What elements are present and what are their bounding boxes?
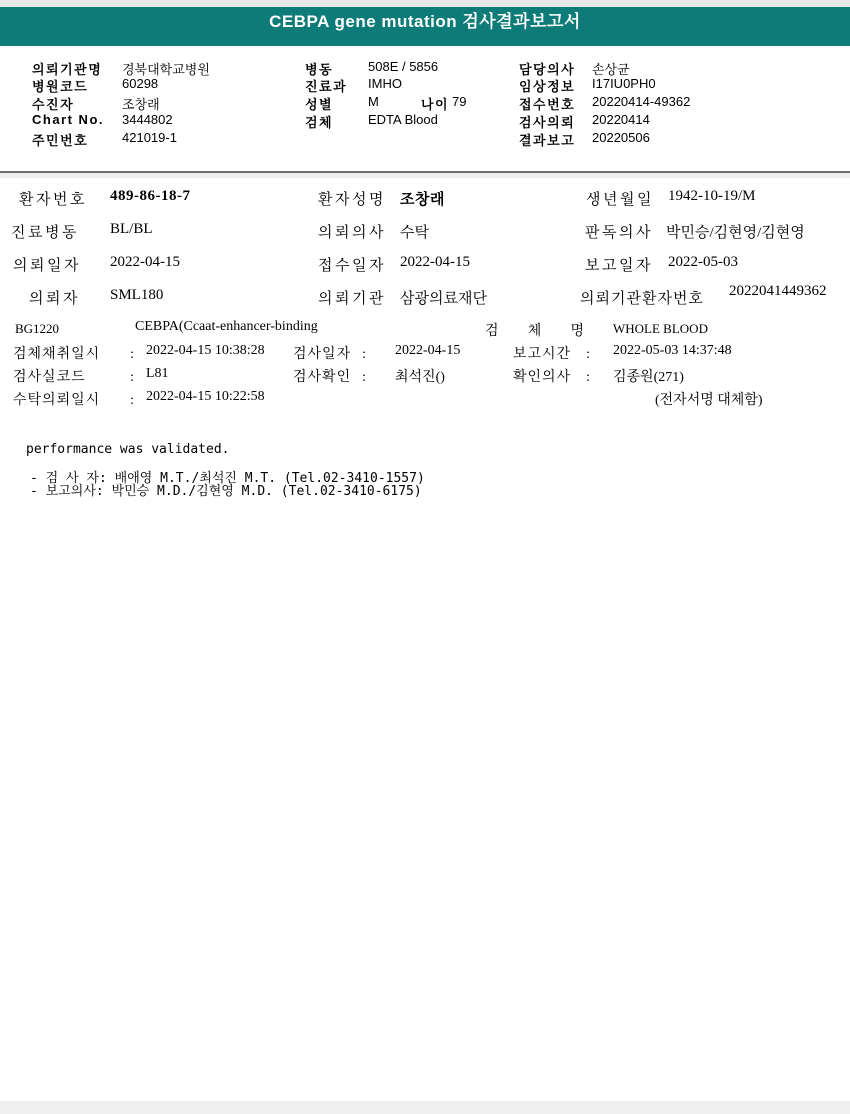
care-ward-value: BL/BL [110, 221, 153, 238]
test-date-label: 검사일자 : [293, 343, 367, 363]
report-page: CEBPA gene mutation 검사결과보고서 의뢰기관명 경북대학교병… [0, 0, 850, 1114]
report-day-value: 2022-05-03 [668, 254, 738, 271]
clinical-info-value: I17IU0PH0 [592, 76, 656, 91]
specimen-name-value: WHOLE BLOOD [613, 321, 708, 337]
collect-label: 검체채취일시 : [13, 343, 135, 363]
chart-no-value: 3444802 [122, 112, 173, 127]
receipt-no-label: 접수번호 [519, 94, 575, 113]
test-confirm-label: 검사확인 : [293, 366, 367, 386]
department-value: IMHO [368, 76, 402, 91]
report-title: CEBPA gene mutation 검사결과보고서 [0, 7, 850, 32]
resident-no-label: 주민번호 [32, 130, 88, 149]
request-date-value: 2022-04-15 [110, 254, 180, 271]
collect-value: 2022-04-15 10:38:28 [146, 343, 265, 359]
specimen-value: EDTA Blood [368, 112, 438, 127]
receipt-no-value: 20220414-49362 [592, 94, 690, 109]
hospital-code-label: 병원코드 [32, 76, 88, 95]
receipt-date-value: 2022-04-15 [400, 254, 470, 271]
examinee-label: 수진자 [32, 94, 74, 113]
ref-doctor-value: 수탁 [400, 221, 429, 242]
care-ward-label: 진료병동 [11, 221, 79, 242]
confirm-doctor-label: 확인의사 : [513, 366, 591, 386]
lab-code-label: 검사실코드 : [13, 366, 135, 386]
test-name: CEBPA(Ccaat-enhancer-binding [135, 319, 318, 335]
report-title-bar: CEBPA gene mutation 검사결과보고서 [0, 7, 850, 46]
test-date-value: 2022-04-15 [395, 343, 460, 359]
consign-value: 2022-04-15 10:22:58 [146, 389, 265, 405]
specimen-label: 검체 [305, 112, 333, 131]
patient-name-label: 환자성명 [318, 188, 386, 209]
report-date-label: 결과보고 [519, 130, 575, 149]
patient-name-value: 조창래 [400, 188, 445, 209]
test-confirm-value: 최석진() [395, 366, 445, 386]
report-date-value: 20220506 [592, 130, 650, 145]
request-date-label: 의뢰일자 [13, 254, 81, 275]
ref-doctor-label: 의뢰의사 [318, 221, 386, 242]
ref-org-label: 의뢰기관 [318, 287, 386, 308]
lab-code-value: L81 [146, 366, 169, 382]
requester-label: 의뢰자 [29, 287, 80, 308]
report-day-label: 보고일자 [585, 254, 653, 275]
department-label: 진료과 [305, 76, 347, 95]
birth-label: 생년월일 [586, 188, 654, 209]
confirm-doctor-value: 김종원(271) [613, 366, 684, 386]
order-date-value: 20220414 [592, 112, 650, 127]
validation-note: performance was validated. [26, 442, 230, 457]
patient-no-value: 489-86-18-7 [110, 188, 191, 205]
ref-org-patient-no-label: 의뢰기관환자번호 [580, 287, 704, 308]
test-code: BG1220 [15, 321, 59, 337]
reporter-note: - 보고의사: 박민승 M.D./김현영 M.D. (Tel.02-3410-6… [30, 480, 422, 499]
report-time-label: 보고시간 : [513, 343, 591, 363]
hospital-code-value: 60298 [122, 76, 158, 91]
age-value: 79 [452, 94, 466, 109]
receipt-date-label: 접수일자 [318, 254, 386, 275]
reading-doctor-value: 박민승/김현영/김현영 [666, 221, 805, 242]
specimen-name-label: 검 체 명 [485, 320, 585, 340]
examinee-value: 조창래 [122, 94, 160, 113]
report-time-value: 2022-05-03 14:37:48 [613, 343, 732, 359]
reading-doctor-label: 판독의사 [585, 221, 653, 242]
resident-no-value: 421019-1 [122, 130, 177, 145]
ref-org-value: 삼광의료재단 [400, 287, 487, 308]
section-divider-shadow [0, 173, 850, 178]
clinical-info-label: 임상정보 [519, 76, 575, 95]
age-label: 나이 [421, 94, 449, 113]
esign-note: (전자서명 대체함) [655, 389, 763, 409]
top-strip [0, 0, 850, 7]
sex-value: M [368, 94, 379, 109]
chart-no-label: Chart No. [32, 112, 104, 127]
birth-value: 1942-10-19/M [668, 188, 756, 205]
order-date-label: 검사의뢰 [519, 112, 575, 131]
ward-value: 508E / 5856 [368, 59, 438, 74]
ref-org-patient-no-value: 2022041449362 [729, 283, 831, 299]
bottom-bar [0, 1101, 850, 1114]
patient-no-label: 환자번호 [19, 188, 87, 209]
sex-label: 성별 [305, 94, 333, 113]
requester-value: SML180 [110, 287, 163, 304]
consign-label: 수탁의뢰일시 : [13, 389, 135, 409]
